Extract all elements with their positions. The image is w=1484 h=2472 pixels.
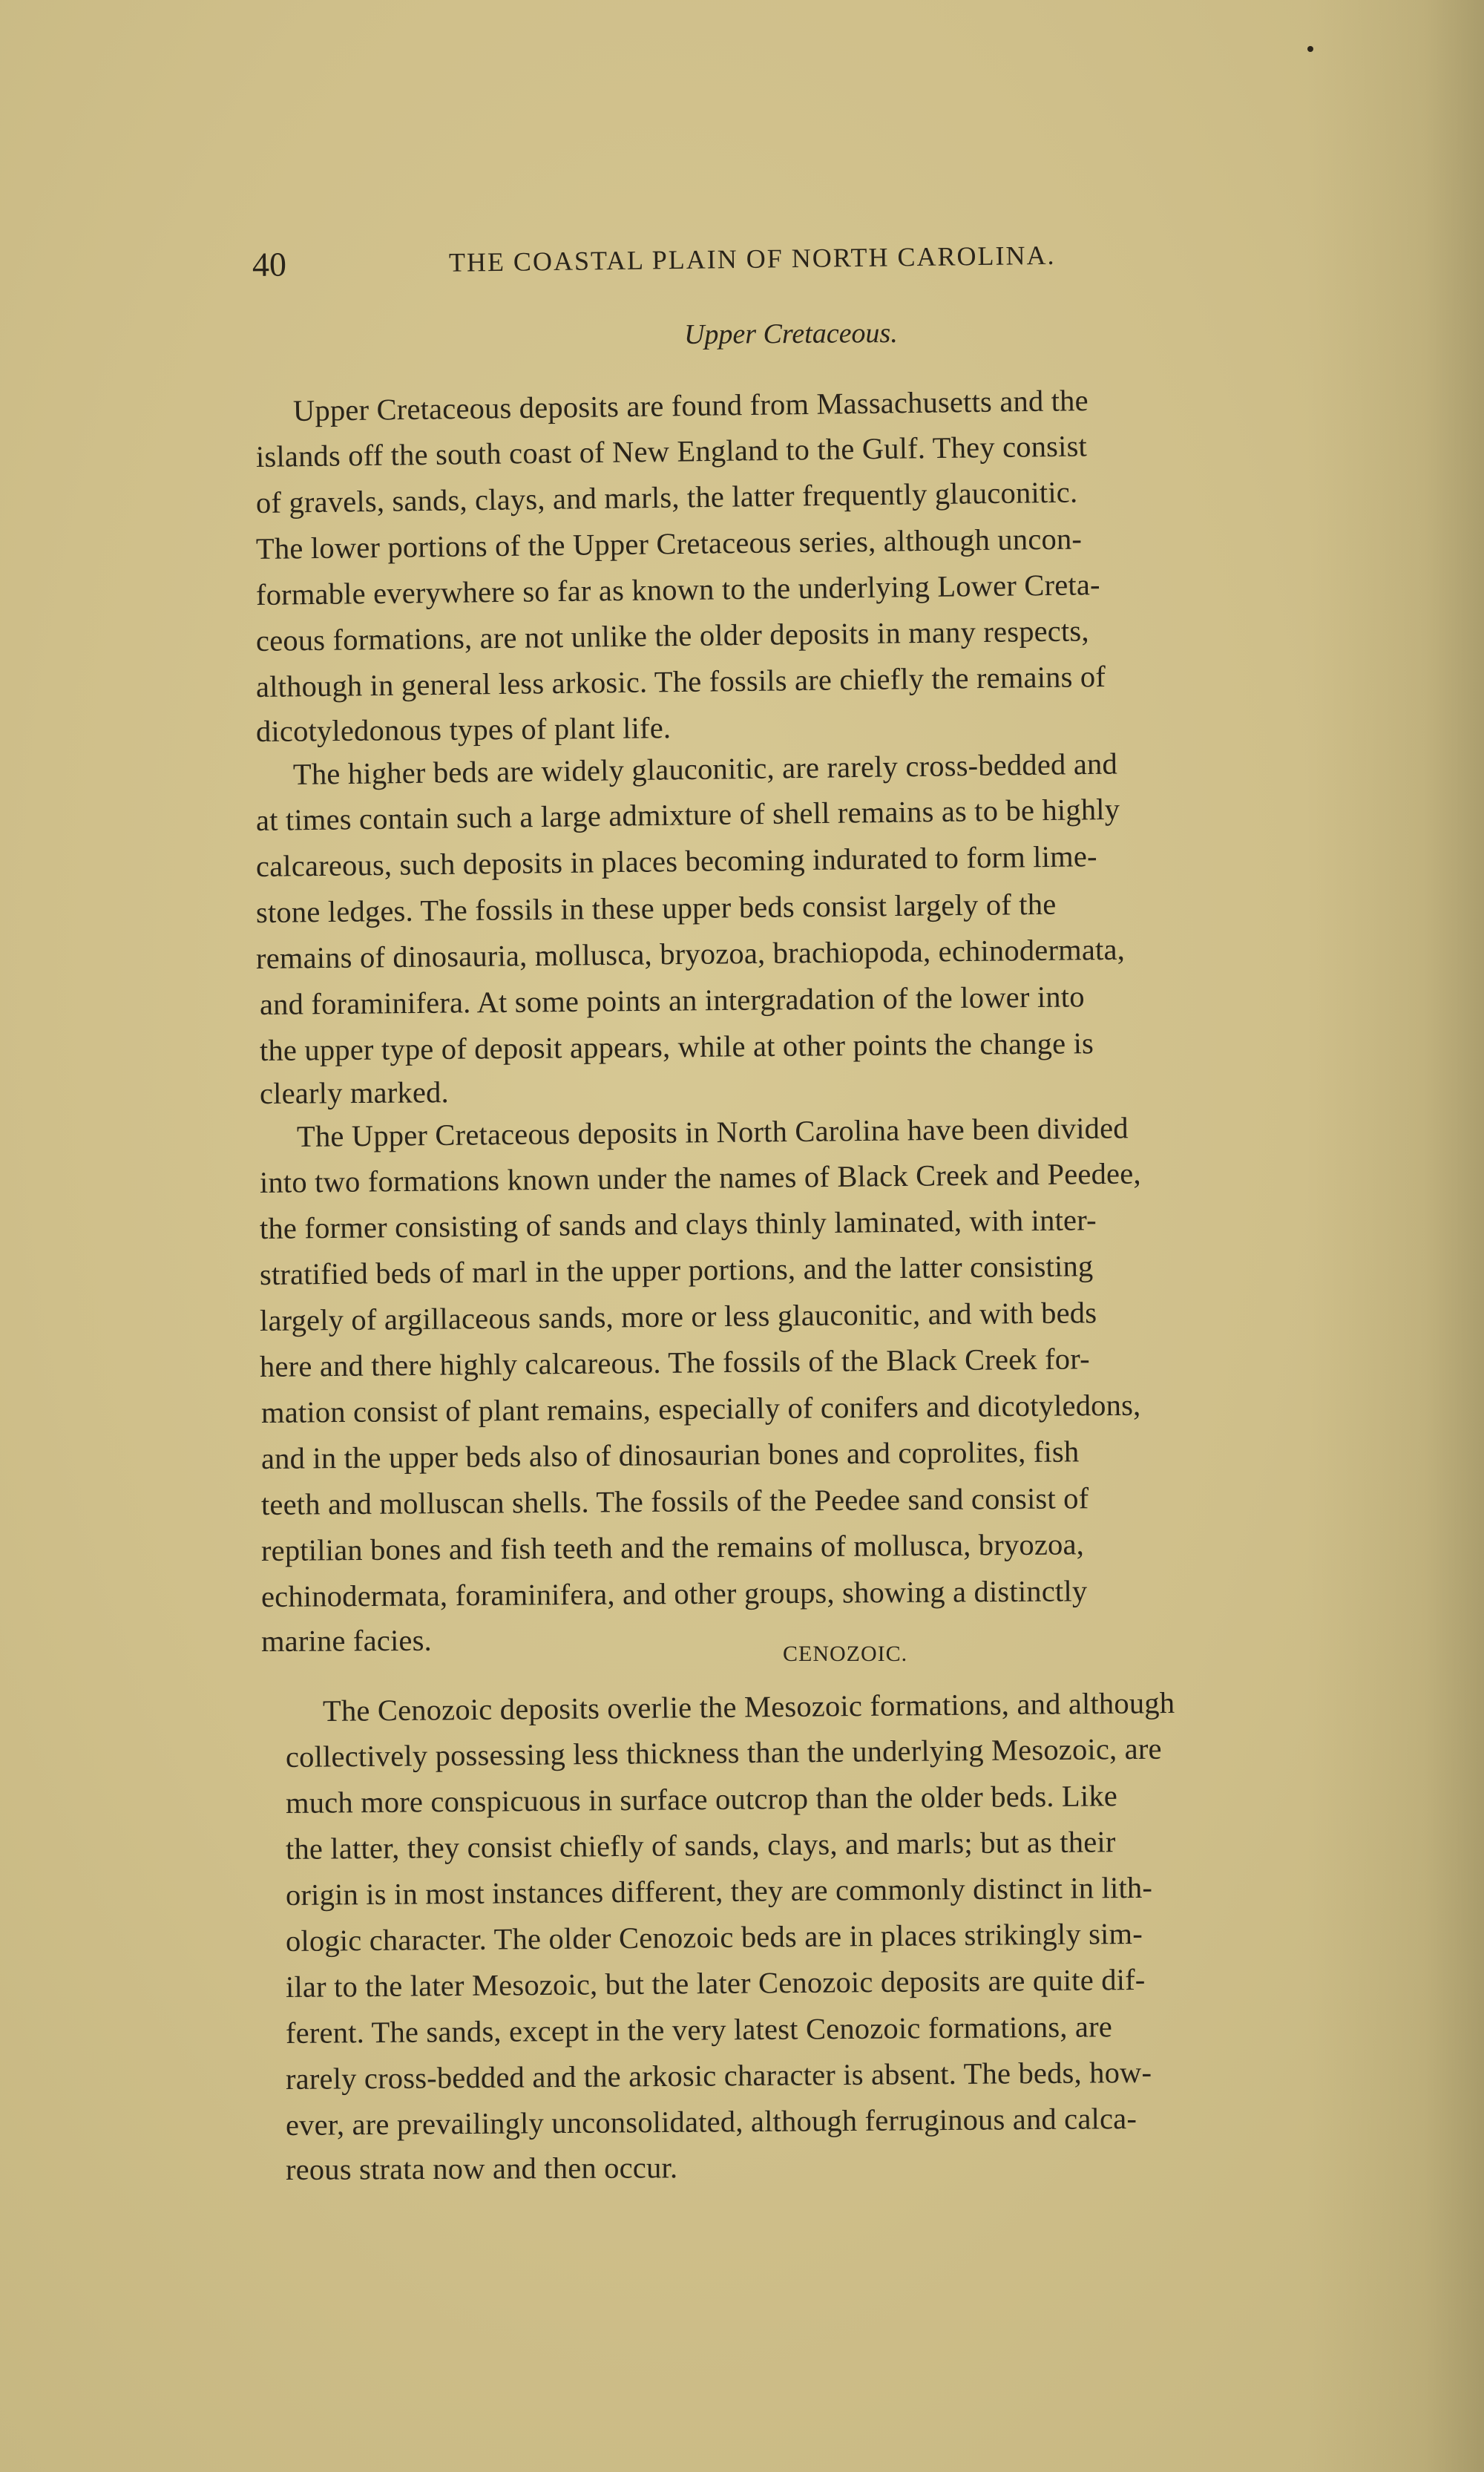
running-header: 40 THE COASTAL PLAIN OF NORTH CAROLINA. (252, 231, 1411, 289)
text-line: rarely cross-bedded and the arkosic char… (286, 2055, 1152, 2096)
text-line: at times contain such a large admixture … (256, 792, 1120, 838)
text-line: here and there highly calcareous. The fo… (260, 1341, 1090, 1384)
text-line: dicotyledonous types of plant life. (256, 710, 672, 749)
text-line: marine facies. (261, 1623, 432, 1659)
text-line: clearly marked. (260, 1075, 449, 1111)
text-line: and in the upper beds also of dinosauria… (261, 1434, 1080, 1476)
text-line: collectively possessing less thickness t… (286, 1731, 1162, 1774)
text-line: The Upper Cretaceous deposits in North C… (297, 1110, 1129, 1154)
text-line: ferent. The sands, except in the very la… (286, 2009, 1112, 2050)
text-line: although in general less arkosic. The fo… (256, 659, 1106, 704)
text-line: Upper Cretaceous deposits are found from… (293, 383, 1089, 428)
text-line: teeth and molluscan shells. The fossils … (261, 1481, 1089, 1522)
page-number: 40 (252, 244, 287, 284)
section-heading-upper-cretaceous: Upper Cretaceous. (684, 317, 898, 351)
text-line: the former consisting of sands and clays… (260, 1202, 1097, 1246)
text-line: formable everywhere so far as known to t… (256, 567, 1100, 612)
text-line: much more conspicuous in surface outcrop… (286, 1778, 1117, 1820)
running-head-title: THE COASTAL PLAIN OF NORTH CAROLINA. (449, 240, 1056, 278)
text-line: largely of argillaceous sands, more or l… (260, 1295, 1097, 1338)
text-line: reous strata now and then occur. (286, 2150, 677, 2187)
text-line: ever, are prevailingly unconsolidated, a… (286, 2101, 1137, 2142)
book-page: 40 THE COASTAL PLAIN OF NORTH CAROLINA. … (0, 0, 1484, 2472)
ink-speck (1307, 46, 1313, 52)
section-heading-cenozoic: CENOZOIC. (783, 1642, 907, 1667)
text-line: ilar to the later Mesozoic, but the late… (286, 1962, 1146, 2004)
text-line: The lower portions of the Upper Cretaceo… (256, 521, 1083, 566)
text-line: of gravels, sands, clays, and marls, the… (256, 475, 1078, 520)
text-line: islands off the south coast of New Engla… (256, 428, 1088, 474)
text-line: calcareous, such deposits in places beco… (256, 839, 1097, 884)
text-line: stone ledges. The fossils in these upper… (256, 887, 1057, 930)
text-line: stratified beds of marl in the upper por… (260, 1248, 1094, 1292)
text-line: reptilian bones and fish teeth and the r… (261, 1527, 1084, 1568)
text-line: ceous formations, are not unlike the old… (256, 613, 1089, 658)
text-line: mation consist of plant remains, especia… (261, 1388, 1141, 1430)
text-line: The Cenozoic deposits overlie the Mesozo… (323, 1685, 1175, 1728)
text-line: the latter, they consist chiefly of sand… (286, 1824, 1116, 1866)
text-line: and foraminifera. At some points an inte… (260, 979, 1085, 1022)
text-line: remains of dinosauria, mollusca, bryozoa… (256, 932, 1125, 976)
text-line: the upper type of deposit appears, while… (260, 1026, 1094, 1068)
text-line: The higher beds are widely glauconitic, … (293, 746, 1117, 792)
text-line: echinodermata, foraminifera, and other g… (261, 1573, 1088, 1614)
text-line: into two formations known under the name… (260, 1156, 1141, 1200)
text-line: origin is in most instances different, t… (286, 1870, 1152, 1912)
text-line: ologic character. The older Cenozoic bed… (286, 1916, 1143, 1958)
